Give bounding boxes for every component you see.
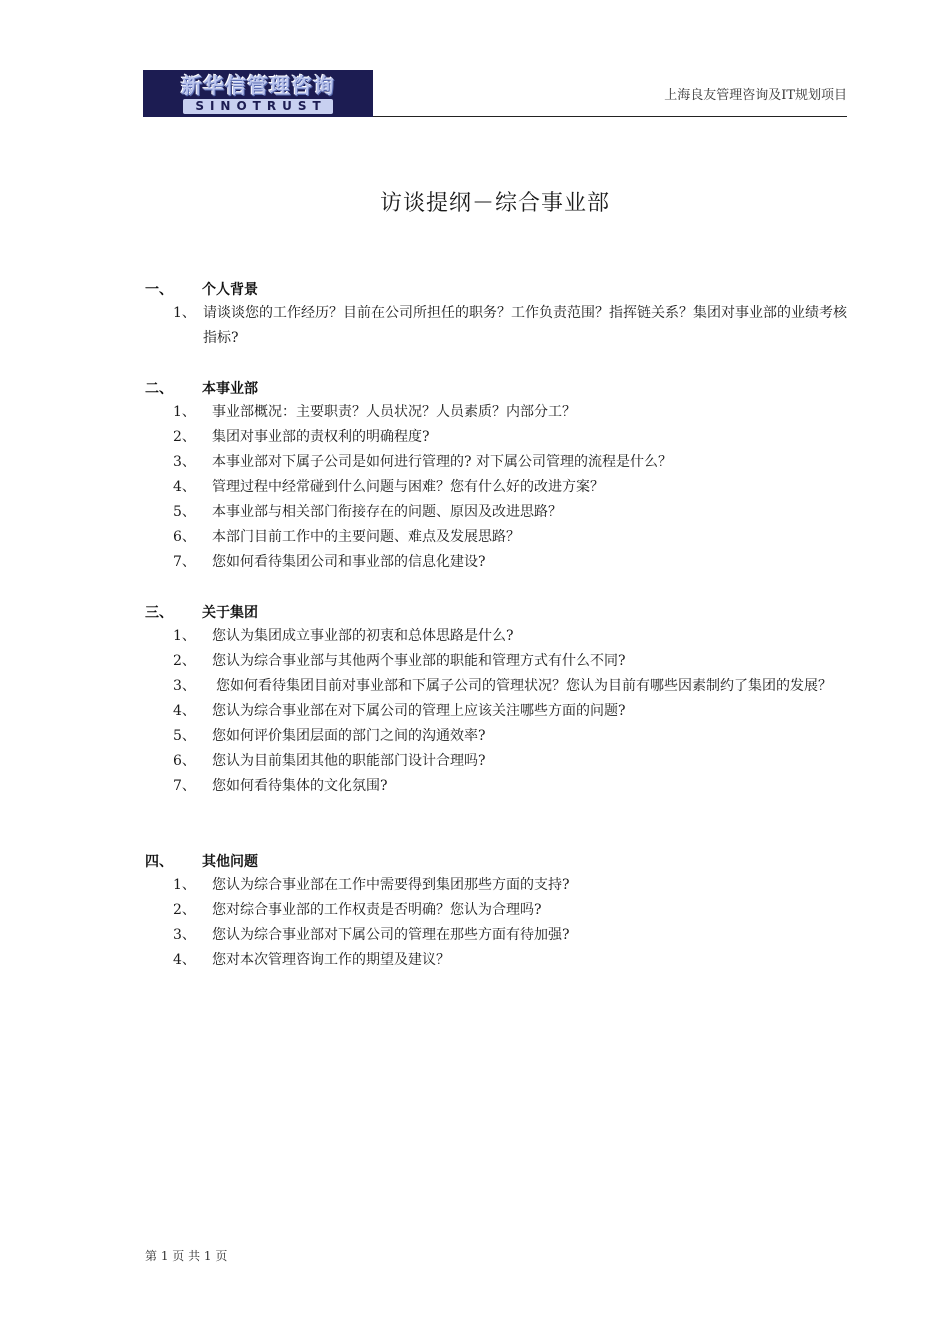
section-number: 一、 [145,279,202,299]
section-number: 四、 [145,851,202,871]
question-text: 集团对事业部的责权利的明确程度? [212,425,850,450]
question-item: 1、 您认为集团成立事业部的初衷和总体思路是什么? [145,624,850,649]
section-number: 三、 [145,602,202,622]
question-text: 您如何评价集团层面的部门之间的沟通效率? [212,724,850,749]
question-text: 事业部概况：主要职责？人员状况？人员素质？内部分工？ [212,400,850,425]
question-text: 您如何看待集体的文化氛围? [212,774,850,799]
question-text: 您对本次管理咨询工作的期望及建议？ [212,948,850,973]
section-heading: 一、 个人背景 [145,276,850,301]
section-about-group: 三、 关于集团 1、 您认为集团成立事业部的初衷和总体思路是什么? 2、 您认为… [145,599,850,799]
section-personal-background: 一、 个人背景 1、 请谈谈您的工作经历？目前在公司所担任的职务？工作负责范围？… [145,276,850,351]
header-project-name: 上海良友管理咨询及IT规划项目 [664,84,847,103]
question-item: 5、 您如何评价集团层面的部门之间的沟通效率? [145,724,850,749]
section-title: 其他问题 [202,851,258,871]
question-text: 您认为综合事业部在工作中需要得到集团那些方面的支持? [212,873,850,898]
question-list: 1、 事业部概况：主要职责？人员状况？人员素质？内部分工？ 2、 集团对事业部的… [145,400,850,575]
question-number: 1、 [145,624,212,649]
section-title: 关于集团 [202,602,258,622]
question-number: 3、 [145,450,212,475]
question-number: 7、 [145,550,212,575]
page-header: 新华信管理咨询 SINOTRUST 上海良友管理咨询及IT规划项目 [143,70,847,118]
question-number: 2、 [145,425,212,450]
question-item: 4、 您认为综合事业部在对下属公司的管理上应该关注哪些方面的问题? [145,699,850,724]
logo-english-text: SINOTRUST [183,99,332,114]
question-item: 7、 您如何看待集团公司和事业部的信息化建设? [145,550,850,575]
question-number: 7、 [145,774,212,799]
section-other-questions: 四、 其他问题 1、 您认为综合事业部在工作中需要得到集团那些方面的支持? 2、… [145,848,850,973]
question-number: 1、 [145,301,203,351]
question-text: 本事业部与相关部门衔接存在的问题、原因及改进思路？ [212,500,850,525]
question-item: 7、 您如何看待集体的文化氛围? [145,774,850,799]
question-text: 本部门目前工作中的主要问题、难点及发展思路？ [212,525,850,550]
question-text: 您认为集团成立事业部的初衷和总体思路是什么? [212,624,850,649]
question-number: 6、 [145,525,212,550]
question-text: 您如何看待集团目前对事业部和下属子公司的管理状况？您认为目前有哪些因素制约了集团… [212,674,850,699]
question-text: 管理过程中经常碰到什么问题与困难？您有什么好的改进方案？ [212,475,850,500]
question-text: 请谈谈您的工作经历？目前在公司所担任的职务？工作负责范围？指挥链关系？集团对事业… [203,301,850,351]
question-number: 2、 [145,649,212,674]
question-item: 5、 本事业部与相关部门衔接存在的问题、原因及改进思路？ [145,500,850,525]
question-number: 4、 [145,475,212,500]
page-footer: 第 1 页 共 1 页 [145,1247,227,1264]
question-number: 6、 [145,749,212,774]
question-item: 3、 本事业部对下属子公司是如何进行管理的? 对下属公司管理的流程是什么？ [145,450,850,475]
question-item: 4、 您对本次管理咨询工作的期望及建议？ [145,948,850,973]
question-text: 您认为综合事业部在对下属公司的管理上应该关注哪些方面的问题? [212,699,850,724]
question-item: 6、 本部门目前工作中的主要问题、难点及发展思路？ [145,525,850,550]
question-item: 1、 事业部概况：主要职责？人员状况？人员素质？内部分工？ [145,400,850,425]
section-number: 二、 [145,378,202,398]
question-item: 3、 您如何看待集团目前对事业部和下属子公司的管理状况？您认为目前有哪些因素制约… [145,674,850,699]
header-divider [373,116,847,117]
question-number: 5、 [145,500,212,525]
question-item: 1、 您认为综合事业部在工作中需要得到集团那些方面的支持? [145,873,850,898]
question-number: 3、 [145,674,212,699]
question-text: 您认为综合事业部对下属公司的管理在那些方面有待加强? [212,923,850,948]
question-number: 3、 [145,923,212,948]
question-item: 2、 集团对事业部的责权利的明确程度? [145,425,850,450]
question-item: 4、 管理过程中经常碰到什么问题与困难？您有什么好的改进方案？ [145,475,850,500]
question-item: 1、 请谈谈您的工作经历？目前在公司所担任的职务？工作负责范围？指挥链关系？集团… [145,301,850,351]
question-text: 您如何看待集团公司和事业部的信息化建设? [212,550,850,575]
question-number: 1、 [145,873,212,898]
question-text: 您认为综合事业部与其他两个事业部的职能和管理方式有什么不同? [212,649,850,674]
company-logo: 新华信管理咨询 SINOTRUST [143,70,373,117]
question-item: 2、 您认为综合事业部与其他两个事业部的职能和管理方式有什么不同? [145,649,850,674]
section-heading: 四、 其他问题 [145,848,850,873]
question-item: 6、 您认为目前集团其他的职能部门设计合理吗? [145,749,850,774]
question-number: 4、 [145,948,212,973]
question-list: 1、 您认为综合事业部在工作中需要得到集团那些方面的支持? 2、 您对综合事业部… [145,873,850,973]
section-title: 个人背景 [202,279,258,299]
question-list: 1、 您认为集团成立事业部的初衷和总体思路是什么? 2、 您认为综合事业部与其他… [145,624,850,799]
question-number: 2、 [145,898,212,923]
section-title: 本事业部 [202,378,258,398]
question-text: 您对综合事业部的工作权责是否明确？您认为合理吗? [212,898,850,923]
question-list: 1、 请谈谈您的工作经历？目前在公司所担任的职务？工作负责范围？指挥链关系？集团… [145,301,850,351]
question-item: 3、 您认为综合事业部对下属公司的管理在那些方面有待加强? [145,923,850,948]
section-heading: 二、 本事业部 [145,375,850,400]
question-item: 2、 您对综合事业部的工作权责是否明确？您认为合理吗? [145,898,850,923]
document-title: 访谈提纲－综合事业部 [0,186,950,217]
document-page: 新华信管理咨询 SINOTRUST 上海良友管理咨询及IT规划项目 访谈提纲－综… [0,0,950,1344]
question-text: 您认为目前集团其他的职能部门设计合理吗? [212,749,850,774]
question-text: 本事业部对下属子公司是如何进行管理的? 对下属公司管理的流程是什么？ [212,450,850,475]
question-number: 1、 [145,400,212,425]
section-this-division: 二、 本事业部 1、 事业部概况：主要职责？人员状况？人员素质？内部分工？ 2、… [145,375,850,575]
question-number: 5、 [145,724,212,749]
question-number: 4、 [145,699,212,724]
section-heading: 三、 关于集团 [145,599,850,624]
logo-chinese-text: 新华信管理咨询 [181,75,335,98]
